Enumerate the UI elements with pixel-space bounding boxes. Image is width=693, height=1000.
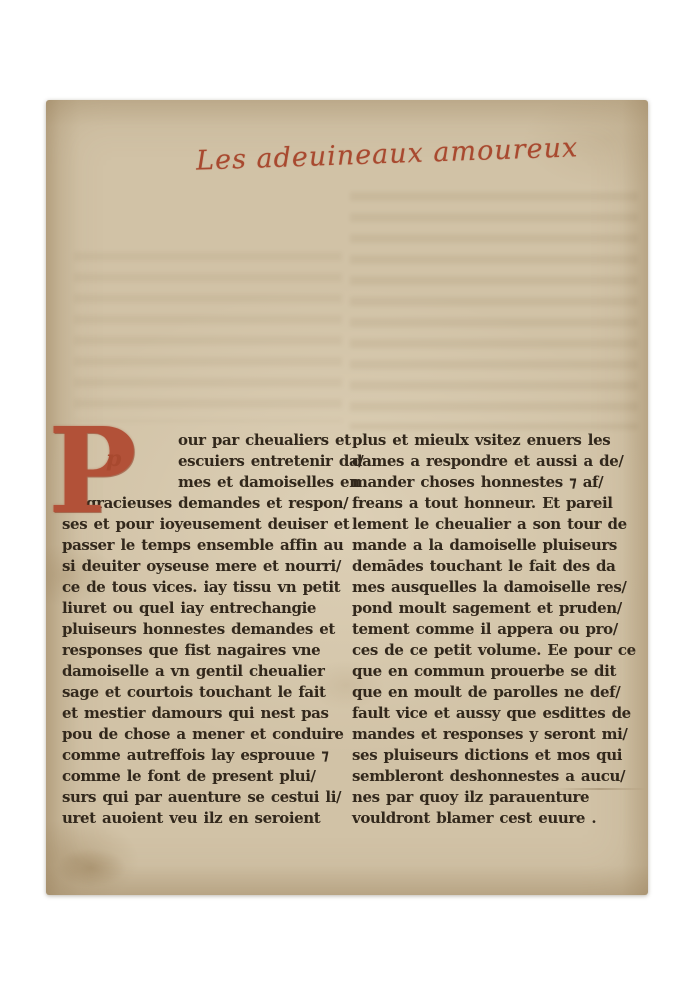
text-line: responses que fist nagaires vne (62, 640, 352, 661)
text-line: plus et mieulx vsitez enuers les (352, 430, 644, 451)
text-line: sembleront deshonnestes a aucu/ (352, 766, 644, 787)
right-column: plus et mieulx vsitez enuers lesdames a … (352, 430, 644, 829)
left-column: P p our par cheualiers etescuiers entret… (62, 430, 352, 829)
text-line: mander choses honnestes ⁊ af/ (352, 472, 644, 493)
photo-background: Les adeuineaux amoureux P p our par cheu… (0, 0, 693, 1000)
left-column-line-indented: gracieuses demandes et respon/ (62, 493, 352, 514)
text-line: comme autreffois lay esprouue ⁊ (62, 745, 352, 766)
text-line: uret auoient veu ilz en seroient (62, 808, 352, 829)
text-line: fault vice et aussy que esdittes de (352, 703, 644, 724)
text-line: lement le cheualier a son tour de (352, 514, 644, 535)
rubric-title: Les adeuineaux amoureux (196, 130, 637, 176)
text-line: surs qui par auenture se cestui li/ (62, 787, 352, 808)
right-column-lines: plus et mieulx vsitez enuers lesdames a … (352, 430, 644, 829)
text-line: pluiseurs honnestes demandes et (62, 619, 352, 640)
text-line: freans a tout honneur. Et pareil (352, 493, 644, 514)
text-line: pond moult sagement et pruden/ (352, 598, 644, 619)
text-line: mande a la damoiselle pluiseurs (352, 535, 644, 556)
text-line: liuret ou quel iay entrechangie (62, 598, 352, 619)
text-line: mes et damoiselles en (178, 472, 352, 493)
left-column-lines-beside-initial: our par cheualiers etescuiers entretenir… (62, 430, 352, 493)
text-line: mandes et responses y seront mi/ (352, 724, 644, 745)
text-line: tement comme il appera ou pro/ (352, 619, 644, 640)
text-line: mes ausquelles la damoiselle res/ (352, 577, 644, 598)
text-line: ses et pour ioyeusement deuiser et (62, 514, 352, 535)
text-line: demādes touchant le fait des da (352, 556, 644, 577)
text-line: dames a respondre et aussi a de/ (352, 451, 644, 472)
verso-showthrough-right (350, 192, 638, 430)
text-line: que en moult de parolles ne def/ (352, 682, 644, 703)
text-line: ce de tous vices. iay tissu vn petit (62, 577, 352, 598)
text-line: pou de chose a mener et conduire (62, 724, 352, 745)
text-line: our par cheualiers et (178, 430, 352, 451)
text-line: comme le font de present plui/ (62, 766, 352, 787)
text-line: gracieuses demandes et respon/ (86, 493, 352, 514)
text-line: ses pluiseurs dictions et mos qui (352, 745, 644, 766)
left-column-lines: ses et pour ioyeusement deuiser etpasser… (62, 514, 352, 829)
text-line: ces de ce petit volume. Ee pour ce (352, 640, 644, 661)
text-line: que en commun prouerbe se dit (352, 661, 644, 682)
manuscript-page: Les adeuineaux amoureux P p our par cheu… (46, 100, 648, 895)
corner-stain (48, 838, 144, 892)
text-line: et mestier damours qui nest pas (62, 703, 352, 724)
text-line: damoiselle a vn gentil cheualier (62, 661, 352, 682)
text-line: si deuiter oyseuse mere et nourri/ (62, 556, 352, 577)
text-line: nes par quoy ilz parauenture (352, 787, 644, 808)
text-line: escuiers entretenir da/ (178, 451, 352, 472)
text-line: sage et courtois touchant le fait (62, 682, 352, 703)
verso-showthrough-left (74, 252, 342, 422)
text-line: vouldront blamer cest euure . (352, 808, 644, 829)
text-line: passer le temps ensemble affin au (62, 535, 352, 556)
